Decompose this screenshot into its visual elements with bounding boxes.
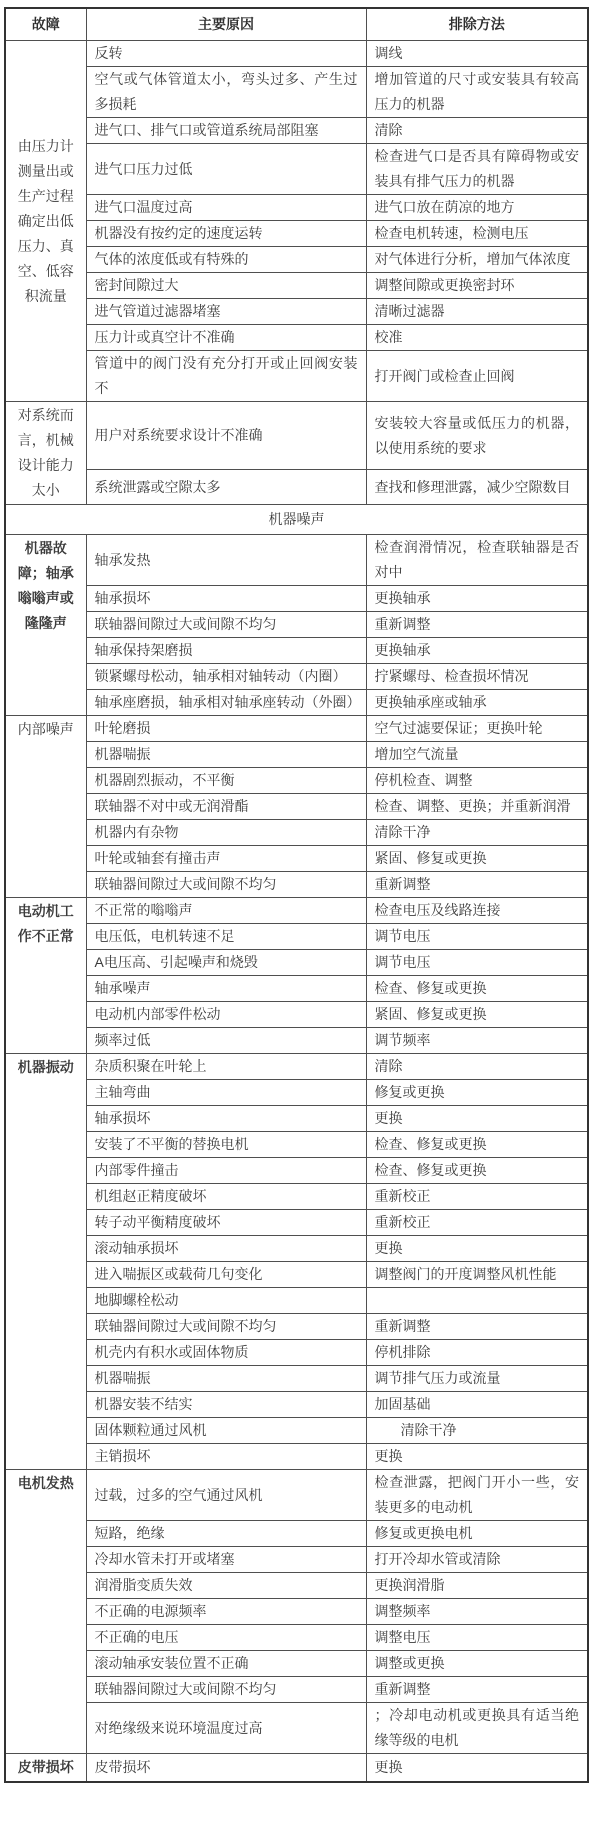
- table-row: 滚动轴承安装位置不正确调整或更换: [5, 1651, 588, 1677]
- table-row: 机组赵正精度破坏重新校正: [5, 1184, 588, 1210]
- table-header: 故障 主要原因 排除方法: [5, 8, 588, 41]
- cause-cell: 内部零件撞击: [86, 1158, 366, 1184]
- cause-cell: 进入喘振区或载荷几句变化: [86, 1262, 366, 1288]
- remedy-cell: 清晰过滤器: [366, 299, 588, 325]
- cause-cell: 机器没有按约定的速度运转: [86, 221, 366, 247]
- fault-cell: 由压力计测量出或生产过程确定出低压力、真空、低容积流量: [5, 41, 86, 402]
- table-row: 进气口、排气口或管道系统局部阻塞清除: [5, 118, 588, 144]
- header-cause: 主要原因: [86, 8, 366, 41]
- cause-cell: 主轴弯曲: [86, 1080, 366, 1106]
- cause-cell: 进气口、排气口或管道系统局部阻塞: [86, 118, 366, 144]
- remedy-cell: 检查、修复或更换: [366, 1158, 588, 1184]
- remedy-cell: 安装较大容量或低压力的机器，以使用系统的要求: [366, 402, 588, 470]
- table-row: 转子动平衡精度破坏重新校正: [5, 1210, 588, 1236]
- table-row: 机器内有杂物清除干净: [5, 820, 588, 846]
- remedy-cell: 紧固、修复或更换: [366, 1002, 588, 1028]
- remedy-cell: 调节排气压力或流量: [366, 1366, 588, 1392]
- remedy-cell: 更换: [366, 1106, 588, 1132]
- remedy-cell: ；冷却电动机或更换具有适当绝缘等级的电机: [366, 1703, 588, 1754]
- cause-cell: 联轴器间隙过大或间隙不均匀: [86, 1314, 366, 1340]
- cause-cell: 冷却水管未打开或堵塞: [86, 1547, 366, 1573]
- cause-cell: 反转: [86, 41, 366, 67]
- table-row: 进气口压力过低检查进气口是否具有障碍物或安装具有排气压力的机器: [5, 144, 588, 195]
- remedy-cell: 重新校正: [366, 1184, 588, 1210]
- fault-cell: 对系统而言，机械设计能力太小: [5, 402, 86, 505]
- fault-cell: 电动机工作不正常: [5, 898, 86, 1054]
- table-row: 不正确的电源频率调整频率: [5, 1599, 588, 1625]
- table-row: 轴承座磨损，轴承相对轴承座转动（外圈）更换轴承座或轴承: [5, 690, 588, 716]
- cause-cell: 对绝缘级来说环境温度过高: [86, 1703, 366, 1754]
- section-row: 机器噪声: [5, 505, 588, 535]
- remedy-cell: 更换轴承: [366, 638, 588, 664]
- remedy-cell: 检查、修复或更换: [366, 976, 588, 1002]
- remedy-cell: 检查电机转速，检测电压: [366, 221, 588, 247]
- table-row: 机器安装不结实加固基础: [5, 1392, 588, 1418]
- table-row: 联轴器间隙过大或间隙不均匀重新调整: [5, 872, 588, 898]
- remedy-cell: 清除: [366, 1054, 588, 1080]
- cause-cell: 轴承损坏: [86, 586, 366, 612]
- cause-cell: 叶轮磨损: [86, 716, 366, 742]
- cause-cell: 轴承保持架磨损: [86, 638, 366, 664]
- table-row: 联轴器间隙过大或间隙不均匀重新调整: [5, 1677, 588, 1703]
- page: 故障 主要原因 排除方法 由压力计测量出或生产过程确定出低压力、真空、低容积流量…: [0, 0, 600, 1789]
- table-row: 安装了不平衡的替换电机检查、修复或更换: [5, 1132, 588, 1158]
- cause-cell: 联轴器间隙过大或间隙不均匀: [86, 612, 366, 638]
- cause-cell: 压力计或真空计不准确: [86, 325, 366, 351]
- remedy-cell: 更换润滑脂: [366, 1573, 588, 1599]
- remedy-cell: 增加空气流量: [366, 742, 588, 768]
- cause-cell: 不正确的电源频率: [86, 1599, 366, 1625]
- table-row: 机器故障；轴承嗡嗡声或隆隆声轴承发热检查润滑情况，检查联轴器是否对中: [5, 535, 588, 586]
- cause-cell: 机壳内有积水或固体物质: [86, 1340, 366, 1366]
- cause-cell: 皮带损坏: [86, 1754, 366, 1783]
- remedy-cell: 更换轴承座或轴承: [366, 690, 588, 716]
- remedy-cell: 清除干净: [366, 820, 588, 846]
- cause-cell: 机器喘振: [86, 1366, 366, 1392]
- cause-cell: 机组赵正精度破坏: [86, 1184, 366, 1210]
- table-row: 密封间隙过大调整间隙或更换密封环: [5, 273, 588, 299]
- table-row: 固体颗粒通过风机清除干净: [5, 1418, 588, 1444]
- table-row: 机器喘振增加空气流量: [5, 742, 588, 768]
- remedy-cell: 打开阀门或检查止回阀: [366, 351, 588, 402]
- cause-cell: 频率过低: [86, 1028, 366, 1054]
- cause-cell: 系统泄露或空隙太多: [86, 470, 366, 505]
- cause-cell: 进气管道过滤器堵塞: [86, 299, 366, 325]
- table-row: 润滑脂变质失效更换润滑脂: [5, 1573, 588, 1599]
- remedy-cell: 调整阀门的开度调整风机性能: [366, 1262, 588, 1288]
- table-row: 管道中的阀门没有充分打开或止回阀安装不打开阀门或检查止回阀: [5, 351, 588, 402]
- cause-cell: 安装了不平衡的替换电机: [86, 1132, 366, 1158]
- remedy-cell: 调节频率: [366, 1028, 588, 1054]
- cause-cell: 电动机内部零件松动: [86, 1002, 366, 1028]
- remedy-cell: 对气体进行分析，增加气体浓度: [366, 247, 588, 273]
- cause-cell: 联轴器间隙过大或间隙不均匀: [86, 872, 366, 898]
- remedy-cell: 重新调整: [366, 1314, 588, 1340]
- cause-cell: 进气口温度过高: [86, 195, 366, 221]
- remedy-cell: 调线: [366, 41, 588, 67]
- remedy-cell: 重新校正: [366, 1210, 588, 1236]
- table-row: 联轴器间隙过大或间隙不均匀重新调整: [5, 1314, 588, 1340]
- remedy-cell: 检查进气口是否具有障碍物或安装具有排气压力的机器: [366, 144, 588, 195]
- remedy-cell: [366, 1288, 588, 1314]
- cause-cell: 进气口压力过低: [86, 144, 366, 195]
- cause-cell: 滚动轴承损坏: [86, 1236, 366, 1262]
- remedy-cell: 检查、调整、更换；并重新润滑: [366, 794, 588, 820]
- remedy-cell: 检查电压及线路连接: [366, 898, 588, 924]
- cause-cell: 气体的浓度低或有特殊的: [86, 247, 366, 273]
- cause-cell: 用户对系统要求设计不准确: [86, 402, 366, 470]
- cause-cell: 不正常的嗡嗡声: [86, 898, 366, 924]
- remedy-cell: 打开冷却水管或清除: [366, 1547, 588, 1573]
- cause-cell: 联轴器间隙过大或间隙不均匀: [86, 1677, 366, 1703]
- cause-cell: 机器喘振: [86, 742, 366, 768]
- table-row: 轴承损坏更换: [5, 1106, 588, 1132]
- remedy-cell: 重新调整: [366, 612, 588, 638]
- table-row: 进入喘振区或载荷几句变化调整阀门的开度调整风机性能: [5, 1262, 588, 1288]
- cause-cell: A电压高、引起噪声和烧毁: [86, 950, 366, 976]
- cause-cell: 轴承噪声: [86, 976, 366, 1002]
- remedy-cell: 增加管道的尺寸或安装具有较高压力的机器: [366, 67, 588, 118]
- cause-cell: 空气或气体管道太小，弯头过多、产生过多损耗: [86, 67, 366, 118]
- table-row: 短路，绝缘修复或更换电机: [5, 1521, 588, 1547]
- table-row: 压力计或真空计不准确校准: [5, 325, 588, 351]
- cause-cell: 杂质积聚在叶轮上: [86, 1054, 366, 1080]
- fault-cell: 内部噪声: [5, 716, 86, 898]
- table-row: 机器剧烈振动，不平衡停机检查、调整: [5, 768, 588, 794]
- remedy-cell: 重新调整: [366, 872, 588, 898]
- table-row: 电压低，电机转速不足调节电压: [5, 924, 588, 950]
- cause-cell: 主销损坏: [86, 1444, 366, 1470]
- table-row: 电机发热过载，过多的空气通过风机检查泄露，把阀门开小一些，安装更多的电动机: [5, 1470, 588, 1521]
- remedy-cell: 检查泄露，把阀门开小一些，安装更多的电动机: [366, 1470, 588, 1521]
- remedy-cell: 更换: [366, 1444, 588, 1470]
- remedy-cell: 调整电压: [366, 1625, 588, 1651]
- cause-cell: 轴承发热: [86, 535, 366, 586]
- table-row: 内部噪声叶轮磨损空气过滤要保证；更换叶轮: [5, 716, 588, 742]
- table-row: 机器喘振调节排气压力或流量: [5, 1366, 588, 1392]
- table-row: 机器没有按约定的速度运转检查电机转速，检测电压: [5, 221, 588, 247]
- remedy-cell: 查找和修理泄露，减少空隙数目: [366, 470, 588, 505]
- table-row: 主销损坏更换: [5, 1444, 588, 1470]
- table-row: 轴承保持架磨损更换轴承: [5, 638, 588, 664]
- remedy-cell: 修复或更换电机: [366, 1521, 588, 1547]
- remedy-cell: 修复或更换: [366, 1080, 588, 1106]
- table-row: 地脚螺栓松动: [5, 1288, 588, 1314]
- table-row: 机壳内有积水或固体物质停机排除: [5, 1340, 588, 1366]
- remedy-cell: 调节电压: [366, 924, 588, 950]
- cause-cell: 机器内有杂物: [86, 820, 366, 846]
- cause-cell: 叶轮或轴套有撞击声: [86, 846, 366, 872]
- remedy-cell: 检查、修复或更换: [366, 1132, 588, 1158]
- table-row: 对系统而言，机械设计能力太小用户对系统要求设计不准确安装较大容量或低压力的机器，…: [5, 402, 588, 470]
- troubleshooting-table: 故障 主要原因 排除方法 由压力计测量出或生产过程确定出低压力、真空、低容积流量…: [4, 7, 589, 1783]
- remedy-cell: 更换: [366, 1236, 588, 1262]
- cause-cell: 机器剧烈振动，不平衡: [86, 768, 366, 794]
- table-row: 皮带损坏皮带损坏更换: [5, 1754, 588, 1783]
- cause-cell: 联轴器不对中或无润滑酯: [86, 794, 366, 820]
- remedy-cell: 校准: [366, 325, 588, 351]
- table-row: 不正确的电压调整电压: [5, 1625, 588, 1651]
- fault-cell: 电机发热: [5, 1470, 86, 1754]
- table-row: 滚动轴承损坏更换: [5, 1236, 588, 1262]
- fault-cell: 皮带损坏: [5, 1754, 86, 1783]
- remedy-cell: 空气过滤要保证；更换叶轮: [366, 716, 588, 742]
- header-row: 故障 主要原因 排除方法: [5, 8, 588, 41]
- table-row: 主轴弯曲修复或更换: [5, 1080, 588, 1106]
- table-row: 轴承损坏更换轴承: [5, 586, 588, 612]
- cause-cell: 滚动轴承安装位置不正确: [86, 1651, 366, 1677]
- table-row: 空气或气体管道太小，弯头过多、产生过多损耗增加管道的尺寸或安装具有较高压力的机器: [5, 67, 588, 118]
- remedy-cell: 清除: [366, 118, 588, 144]
- remedy-cell: 紧固、修复或更换: [366, 846, 588, 872]
- table-row: 对绝缘级来说环境温度过高；冷却电动机或更换具有适当绝缘等级的电机: [5, 1703, 588, 1754]
- table-row: 由压力计测量出或生产过程确定出低压力、真空、低容积流量反转调线: [5, 41, 588, 67]
- remedy-cell: 重新调整: [366, 1677, 588, 1703]
- table-row: 联轴器不对中或无润滑酯检查、调整、更换；并重新润滑: [5, 794, 588, 820]
- table-row: 电动机工作不正常不正常的嗡嗡声检查电压及线路连接: [5, 898, 588, 924]
- table-row: 锁紧螺母松动，轴承相对轴转动（内圈）拧紧螺母、检查损坏情况: [5, 664, 588, 690]
- fault-cell: 机器振动: [5, 1054, 86, 1470]
- table-row: 进气口温度过高进气口放在荫凉的地方: [5, 195, 588, 221]
- remedy-cell: 停机排除: [366, 1340, 588, 1366]
- cause-cell: 地脚螺栓松动: [86, 1288, 366, 1314]
- remedy-cell: 更换: [366, 1754, 588, 1783]
- remedy-cell: 清除干净: [366, 1418, 588, 1444]
- table-row: 气体的浓度低或有特殊的对气体进行分析，增加气体浓度: [5, 247, 588, 273]
- table-row: 叶轮或轴套有撞击声紧固、修复或更换: [5, 846, 588, 872]
- table-row: 内部零件撞击检查、修复或更换: [5, 1158, 588, 1184]
- fault-cell: 机器故障；轴承嗡嗡声或隆隆声: [5, 535, 86, 716]
- remedy-cell: 进气口放在荫凉的地方: [366, 195, 588, 221]
- remedy-cell: 调整间隙或更换密封环: [366, 273, 588, 299]
- table-row: A电压高、引起噪声和烧毁调节电压: [5, 950, 588, 976]
- table-row: 进气管道过滤器堵塞清晰过滤器: [5, 299, 588, 325]
- table-row: 系统泄露或空隙太多查找和修理泄露，减少空隙数目: [5, 470, 588, 505]
- cause-cell: 固体颗粒通过风机: [86, 1418, 366, 1444]
- table-row: 电动机内部零件松动紧固、修复或更换: [5, 1002, 588, 1028]
- cause-cell: 轴承座磨损，轴承相对轴承座转动（外圈）: [86, 690, 366, 716]
- remedy-cell: 调整频率: [366, 1599, 588, 1625]
- cause-cell: 机器安装不结实: [86, 1392, 366, 1418]
- table-row: 机器振动杂质积聚在叶轮上清除: [5, 1054, 588, 1080]
- section-label: 机器噪声: [5, 505, 588, 535]
- cause-cell: 锁紧螺母松动，轴承相对轴转动（内圈）: [86, 664, 366, 690]
- remedy-cell: 检查润滑情况，检查联轴器是否对中: [366, 535, 588, 586]
- remedy-cell: 更换轴承: [366, 586, 588, 612]
- cause-cell: 过载，过多的空气通过风机: [86, 1470, 366, 1521]
- table-row: 联轴器间隙过大或间隙不均匀重新调整: [5, 612, 588, 638]
- header-fault: 故障: [5, 8, 86, 41]
- cause-cell: 不正确的电压: [86, 1625, 366, 1651]
- table-row: 轴承噪声检查、修复或更换: [5, 976, 588, 1002]
- cause-cell: 管道中的阀门没有充分打开或止回阀安装不: [86, 351, 366, 402]
- table-row: 频率过低调节频率: [5, 1028, 588, 1054]
- table-row: 冷却水管未打开或堵塞打开冷却水管或清除: [5, 1547, 588, 1573]
- cause-cell: 转子动平衡精度破坏: [86, 1210, 366, 1236]
- remedy-cell: 调节电压: [366, 950, 588, 976]
- cause-cell: 电压低，电机转速不足: [86, 924, 366, 950]
- remedy-cell: 加固基础: [366, 1392, 588, 1418]
- cause-cell: 润滑脂变质失效: [86, 1573, 366, 1599]
- cause-cell: 短路，绝缘: [86, 1521, 366, 1547]
- table-body: 由压力计测量出或生产过程确定出低压力、真空、低容积流量反转调线空气或气体管道太小…: [5, 41, 588, 1783]
- remedy-cell: 拧紧螺母、检查损坏情况: [366, 664, 588, 690]
- cause-cell: 密封间隙过大: [86, 273, 366, 299]
- header-remedy: 排除方法: [366, 8, 588, 41]
- cause-cell: 轴承损坏: [86, 1106, 366, 1132]
- remedy-cell: 调整或更换: [366, 1651, 588, 1677]
- remedy-cell: 停机检查、调整: [366, 768, 588, 794]
